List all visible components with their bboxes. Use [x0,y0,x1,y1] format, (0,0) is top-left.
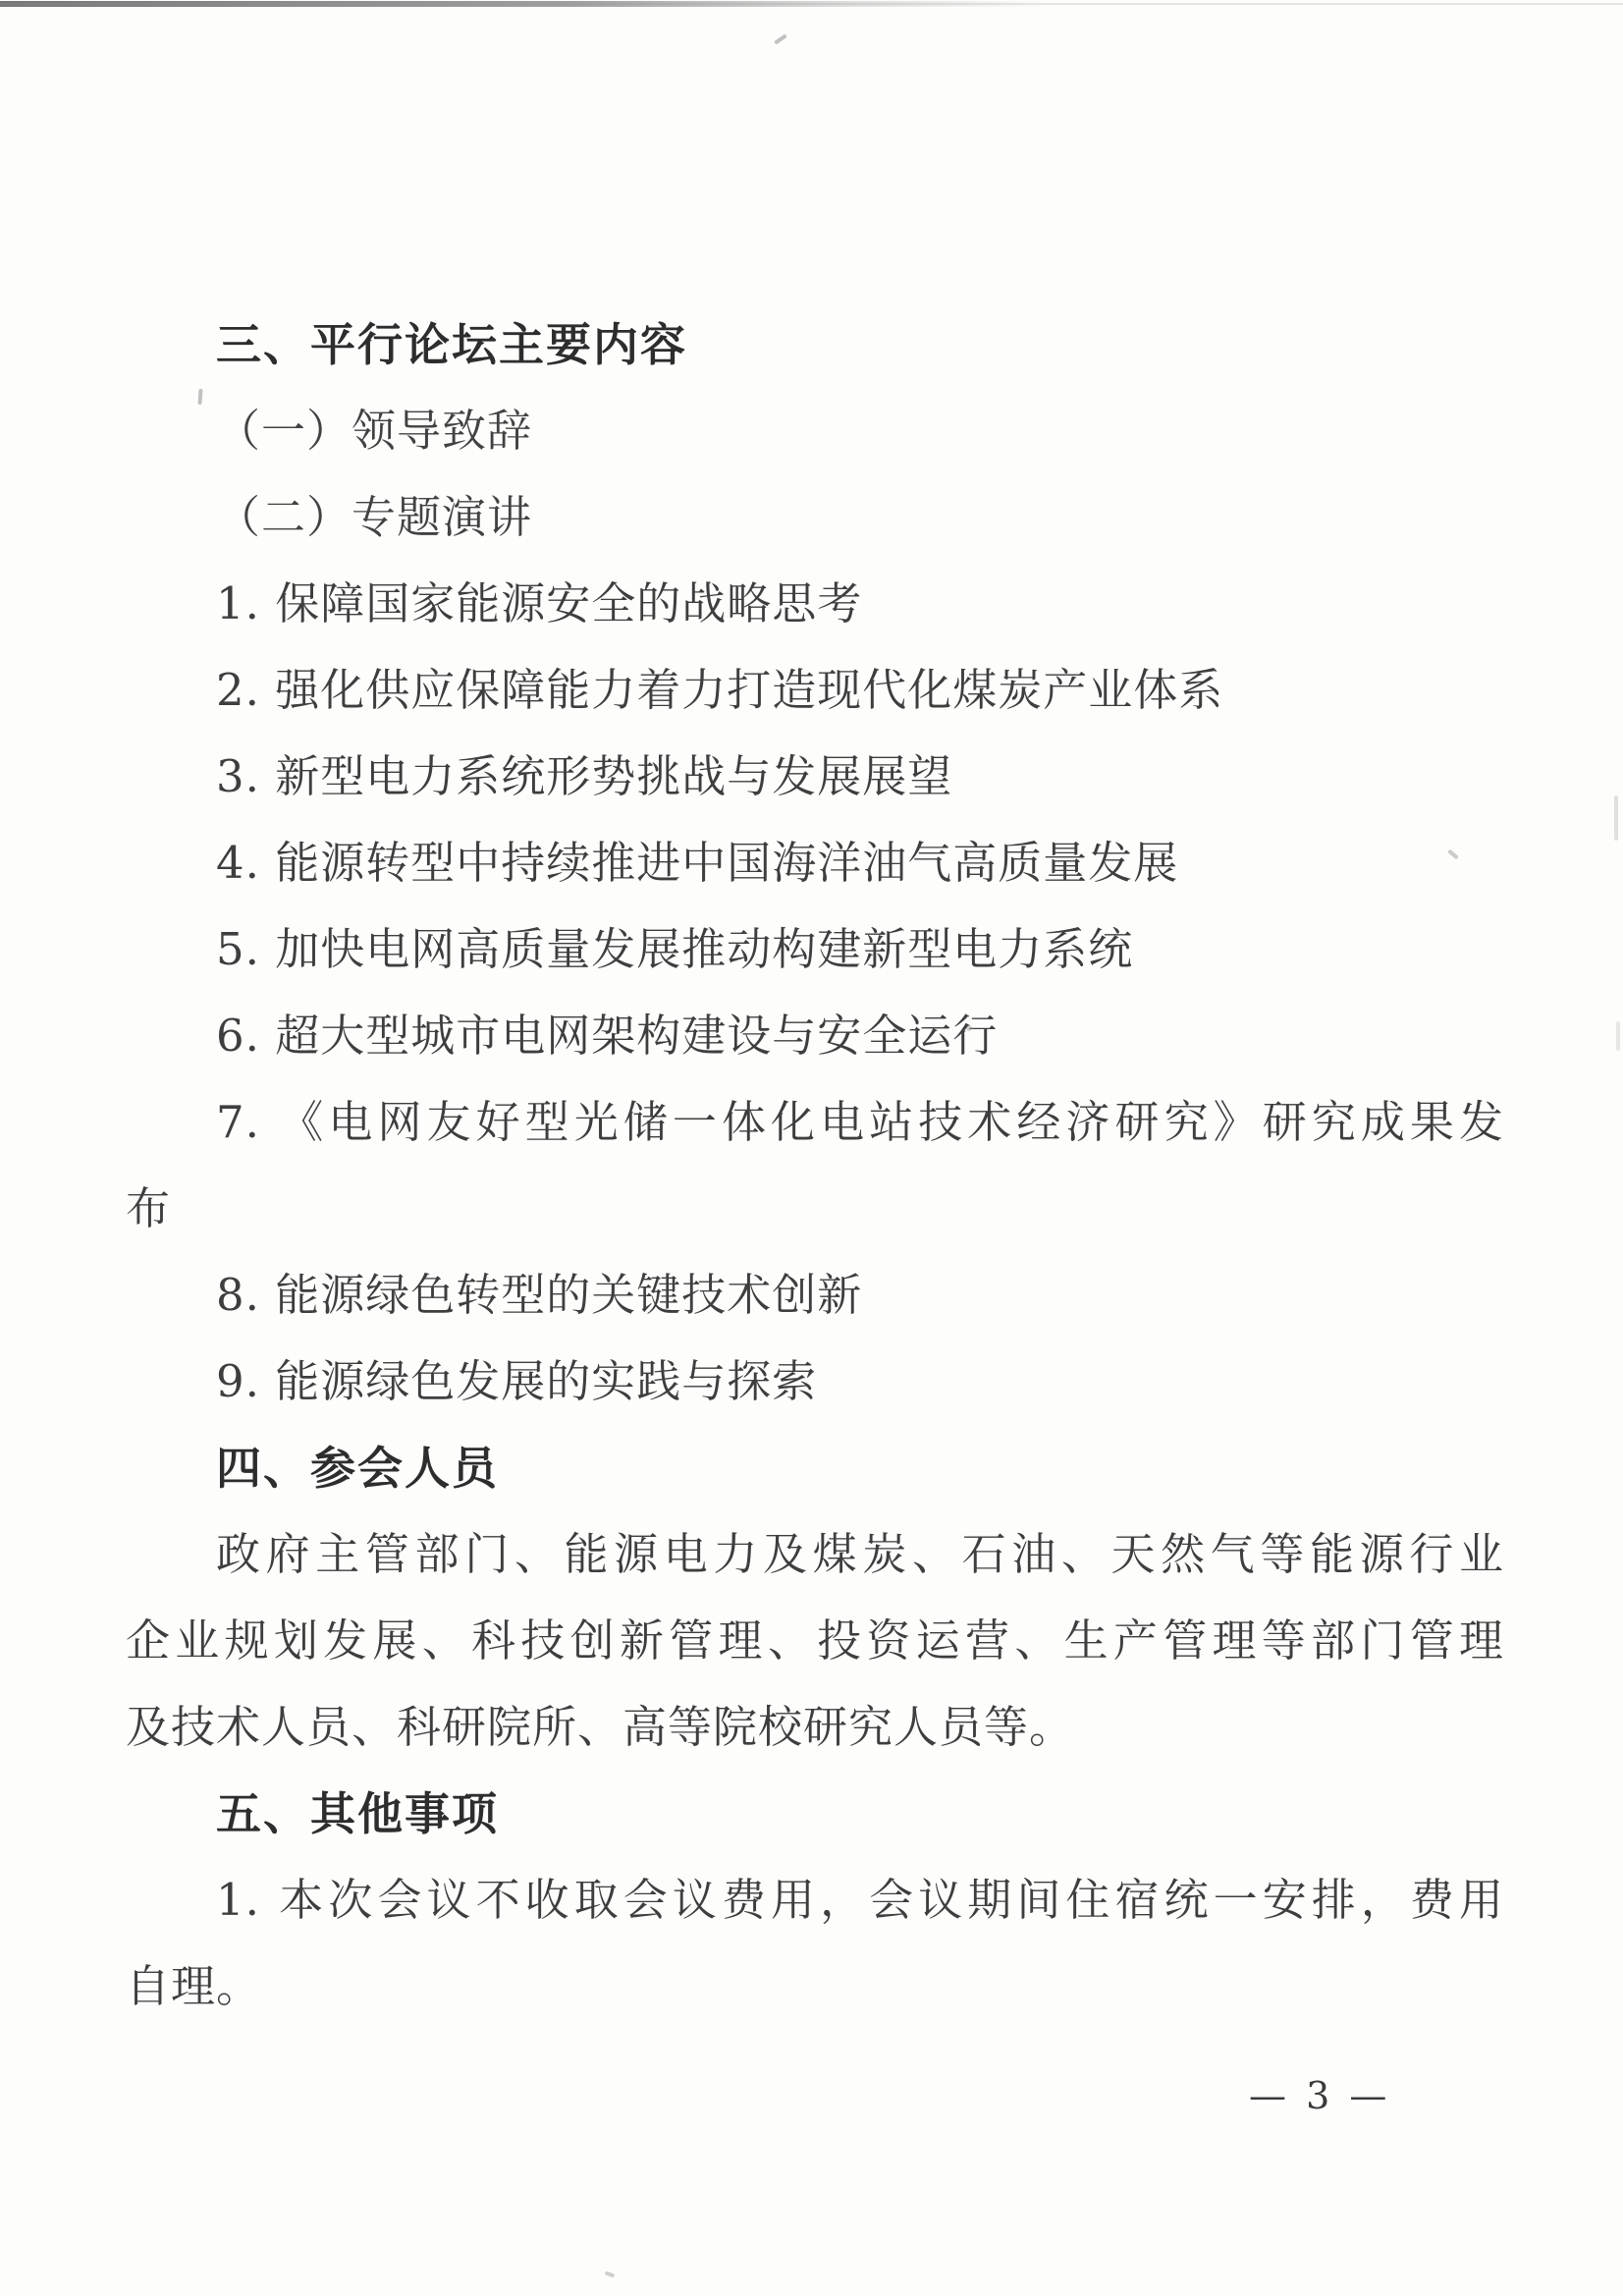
speech-item-7-line-1: 7. 《电网友好型光储一体化电站技术经济研究》研究成果发 [216,1094,1504,1151]
speech-item-8: 8. 能源绿色转型的关键技术创新 [216,1267,862,1324]
scan-speck [605,2270,616,2277]
scan-speck [197,389,202,405]
section-heading-participants: 四、参会人员 [216,1440,499,1497]
speech-item-4: 4. 能源转型中持续推进中国海洋油气高质量发展 [216,835,1178,892]
speech-item-9: 9. 能源绿色发展的实践与探索 [216,1353,817,1410]
speech-item-2: 2. 强化供应保障能力着力打造现代化煤炭产业体系 [216,662,1223,719]
participants-paragraph-line-2: 企业规划发展、科技创新管理、投资运营、生产管理等部门管理 [126,1613,1504,1669]
page-number: — 3 — [1249,2074,1390,2117]
speech-item-1: 1. 保障国家能源安全的战略思考 [216,575,862,632]
speech-item-7-line-2: 布 [126,1180,171,1237]
section-heading-other-matters: 五、其他事项 [216,1785,499,1842]
scan-speck [1614,795,1618,841]
other-matters-line-1: 1. 本次会议不收取会议费用，会议期间住宿统一安排，费用 [216,1872,1504,1929]
speech-item-3: 3. 新型电力系统形势挑战与发展展望 [216,748,952,805]
scan-speck [774,33,787,44]
subhead-leader-remarks: （一）领导致辞 [216,403,532,460]
scan-speck [1447,849,1459,860]
other-matters-line-2: 自理。 [126,1958,261,2015]
speech-item-6: 6. 超大型城市电网架构建设与安全运行 [216,1008,998,1065]
scanned-document-page: 三、平行论坛主要内容 （一）领导致辞 （二）专题演讲 1. 保障国家能源安全的战… [0,0,1623,2296]
section-heading-parallel-forum: 三、平行论坛主要内容 [216,316,687,373]
scan-speck [1616,1021,1620,1051]
scan-edge-artifact-faint [0,3,1623,5]
subhead-keynote-speeches: （二）专题演讲 [216,489,532,546]
participants-paragraph-line-1: 政府主管部门、能源电力及煤炭、石油、天然气等能源行业 [216,1526,1504,1583]
participants-paragraph-line-3: 及技术人员、科研院所、高等院校研究人员等。 [126,1699,1074,1756]
scan-speck [966,1025,972,1031]
speech-item-5: 5. 加快电网高质量发展推动构建新型电力系统 [216,921,1133,978]
